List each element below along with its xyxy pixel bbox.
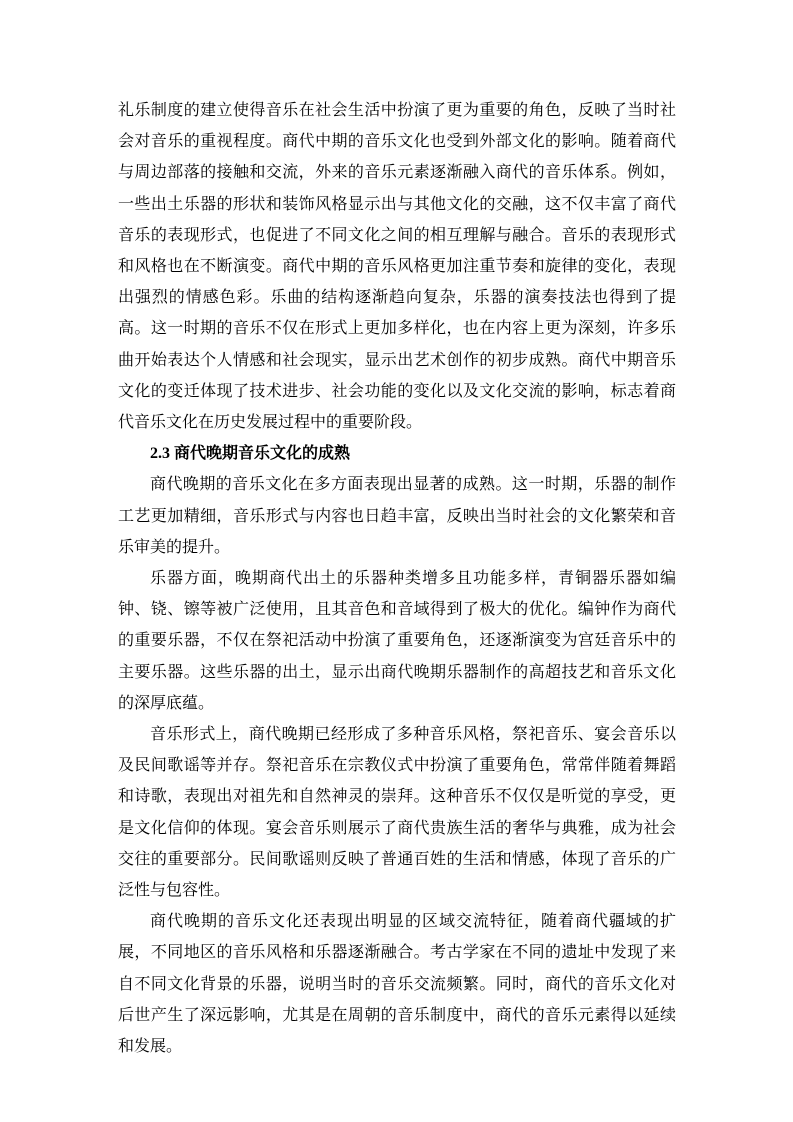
paragraph-maturity-overview: 商代晚期的音乐文化在多方面表现出显著的成熟。这一时期，乐器的制作工艺更加精细，音…	[118, 469, 676, 563]
paragraph-music-forms: 音乐形式上，商代晚期已经形成了多种音乐风格，祭祀音乐、宴会音乐以及民间歌谣等并存…	[118, 719, 676, 906]
section-heading: 2.3 商代晚期音乐文化的成熟	[118, 438, 676, 469]
paragraph-instruments: 乐器方面，晚期商代出土的乐器种类增多且功能多样，青铜器乐器如编钟、铙、镲等被广泛…	[118, 563, 676, 719]
paragraph-continuation: 礼乐制度的建立使得音乐在社会生活中扮演了更为重要的角色，反映了当时社会对音乐的重…	[118, 95, 676, 438]
document-page: 礼乐制度的建立使得音乐在社会生活中扮演了更为重要的角色，反映了当时社会对音乐的重…	[0, 0, 793, 1122]
paragraph-regional-exchange: 商代晚期的音乐文化还表现出明显的区域交流特征，随着商代疆域的扩展，不同地区的音乐…	[118, 906, 676, 1062]
